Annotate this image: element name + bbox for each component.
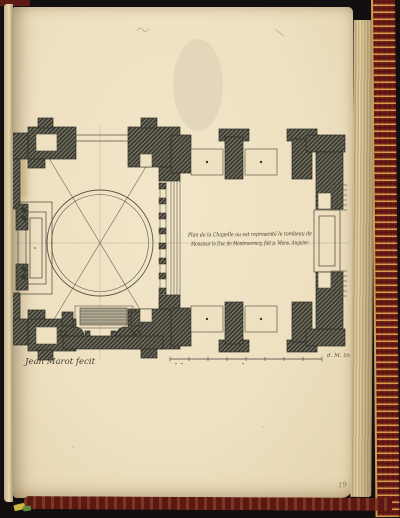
scale-bar: [170, 357, 322, 365]
engraver-signature: Jean Marot fecit: [23, 356, 96, 366]
colonnade-screen: [159, 181, 180, 295]
plate-caption: Plan de la Chapelle ou est representé le…: [187, 230, 313, 248]
book-page: Plan de la Chapelle ou est representé le…: [13, 7, 353, 498]
masonry-walls: [13, 118, 345, 360]
photographed-book-page: Plan de la Chapelle ou est representé le…: [0, 0, 400, 518]
tomb-platform: [75, 306, 133, 328]
bookmark-ribbon-green: [23, 505, 32, 511]
binding-bottom: [24, 496, 392, 511]
binding-right: [371, 0, 400, 517]
caption-line-1: Plan de la Chapelle ou est representé le…: [187, 230, 312, 239]
folio-number: 19: [337, 480, 347, 489]
doorway: [314, 210, 340, 272]
caption-line-2: Monsieur le Duc de Montmorency, fait p. …: [190, 240, 309, 247]
opposite-page-edge: [4, 4, 13, 502]
plate-annotation: d. M. l/s: [327, 353, 350, 359]
chapel-floor-plan-engraving: Plan de la Chapelle ou est representé le…: [13, 7, 353, 498]
wall-opening-lines: [76, 135, 128, 141]
page-showthrough: [173, 39, 223, 131]
